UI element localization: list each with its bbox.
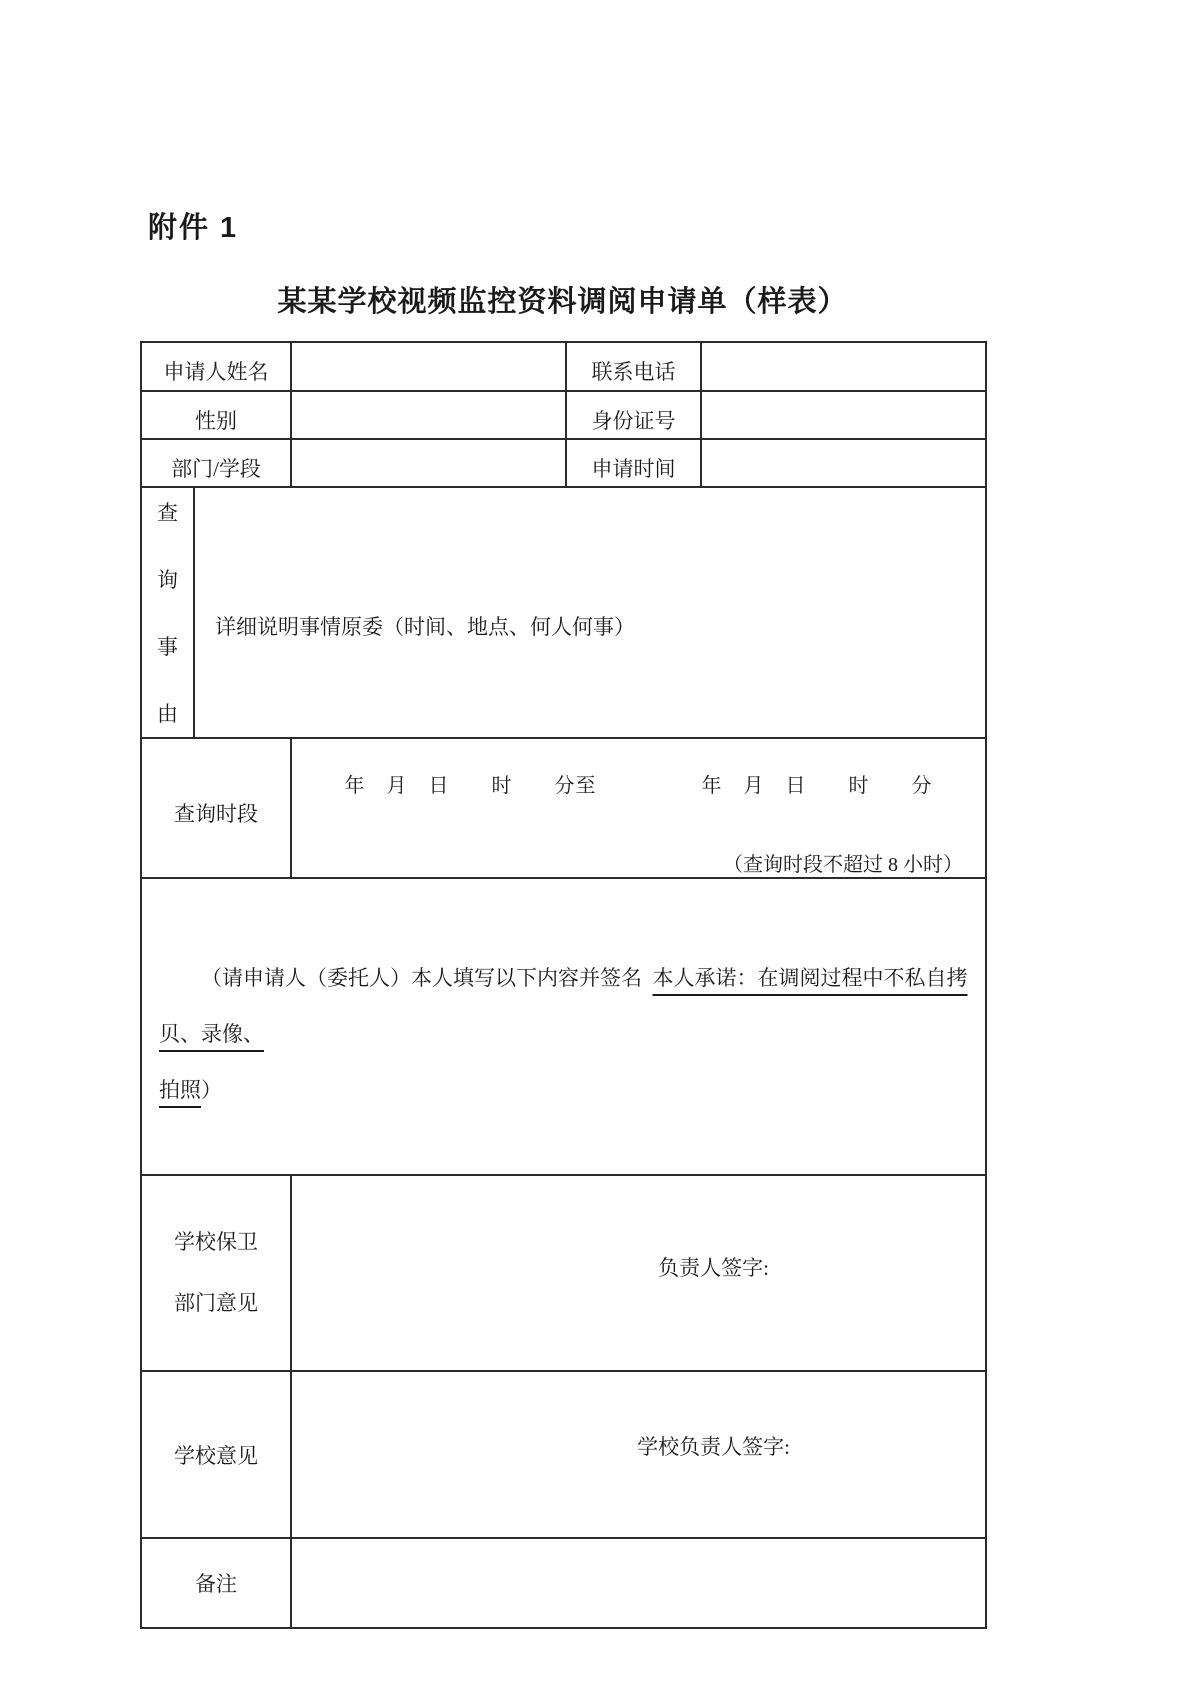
remarks-value-cell — [291, 1538, 986, 1628]
row-commitment: （请申请人（委托人）本人填写以下内容并签名 本人承诺：在调阅过程中不私自拷贝、录… — [141, 878, 986, 1175]
row-applicant-name: 申请人姓名 联系电话 — [141, 342, 986, 391]
security-dept-label-line2: 部门意见 — [143, 1293, 289, 1314]
school-opinion-label: 学校意见 — [141, 1371, 291, 1538]
query-period-content-cell: 年 月 日 时 分至 年 月 日 时 分 （查询时段不超过 8 小时） — [291, 738, 986, 878]
contact-phone-value-cell — [701, 342, 986, 391]
query-reason-content-cell: 详细说明事情原委（时间、地点、何人何事） — [194, 487, 986, 738]
id-number-value-cell — [701, 391, 986, 439]
security-dept-label-cell: 学校保卫 部门意见 — [141, 1175, 291, 1371]
query-reason-vertical-label: 查 询 事 由 — [143, 497, 192, 728]
row-school-opinion: 学校意见 学校负责人签字: — [141, 1371, 986, 1538]
commitment-cell: （请申请人（委托人）本人填写以下内容并签名 本人承诺：在调阅过程中不私自拷贝、录… — [141, 878, 986, 1175]
row-query-reason: 查 询 事 由 详细说明事情原委（时间、地点、何人何事） — [141, 487, 986, 738]
commitment-prefix: （请申请人（委托人）本人填写以下内容并签名 — [201, 966, 653, 990]
query-period-label: 查询时段 — [141, 738, 291, 878]
query-period-datetime-line: 年 月 日 时 分至 年 月 日 时 分 — [292, 769, 985, 798]
query-reason-char: 询 — [157, 564, 178, 594]
department-value-cell — [291, 439, 566, 487]
document-page: 附件 1 某某学校视频监控资料调阅申请单（样表） 申请人姓名 联系电话 性别 身… — [0, 0, 1190, 1683]
security-dept-label-line1: 学校保卫 — [143, 1232, 289, 1253]
page-title: 某某学校视频监控资料调阅申请单（样表） — [140, 279, 985, 320]
commitment-suffix: ） — [201, 1078, 222, 1102]
gender-value-cell — [291, 391, 566, 439]
gender-label: 性别 — [141, 391, 291, 439]
query-reason-hint: 详细说明事情原委（时间、地点、何人何事） — [215, 615, 635, 639]
query-reason-char: 查 — [157, 497, 178, 527]
id-number-label: 身份证号 — [566, 391, 701, 439]
commitment-underlined-line2: 拍照 — [159, 1078, 201, 1102]
contact-phone-label: 联系电话 — [566, 342, 701, 391]
row-query-period: 查询时段 年 月 日 时 分至 年 月 日 时 分 （查询时段不超过 8 小时） — [141, 738, 986, 878]
row-remarks: 备注 — [141, 1538, 986, 1628]
security-dept-opinion-cell: 负责人签字: — [291, 1175, 986, 1371]
query-reason-label-cell: 查 询 事 由 — [141, 487, 194, 738]
row-security-dept-opinion: 学校保卫 部门意见 负责人签字: — [141, 1175, 986, 1371]
department-label: 部门/学段 — [141, 439, 291, 487]
query-reason-char: 事 — [157, 631, 178, 661]
security-dept-sign-label: 负责人签字: — [368, 1252, 986, 1282]
applicant-name-value-cell — [291, 342, 566, 391]
apply-time-value-cell — [701, 439, 986, 487]
query-period-note: （查询时段不超过 8 小时） — [292, 848, 985, 877]
attachment-label: 附件 1 — [148, 205, 238, 246]
application-form-table: 申请人姓名 联系电话 性别 身份证号 部门/学段 申请时间 查 询 事 由 — [140, 341, 987, 1629]
school-sign-label: 学校负责人签字: — [368, 1431, 986, 1461]
row-department: 部门/学段 申请时间 — [141, 439, 986, 487]
school-opinion-cell: 学校负责人签字: — [291, 1371, 986, 1538]
apply-time-label: 申请时间 — [566, 439, 701, 487]
query-reason-char: 由 — [157, 698, 178, 728]
row-gender: 性别 身份证号 — [141, 391, 986, 439]
remarks-label: 备注 — [141, 1538, 291, 1628]
applicant-name-label: 申请人姓名 — [141, 342, 291, 391]
